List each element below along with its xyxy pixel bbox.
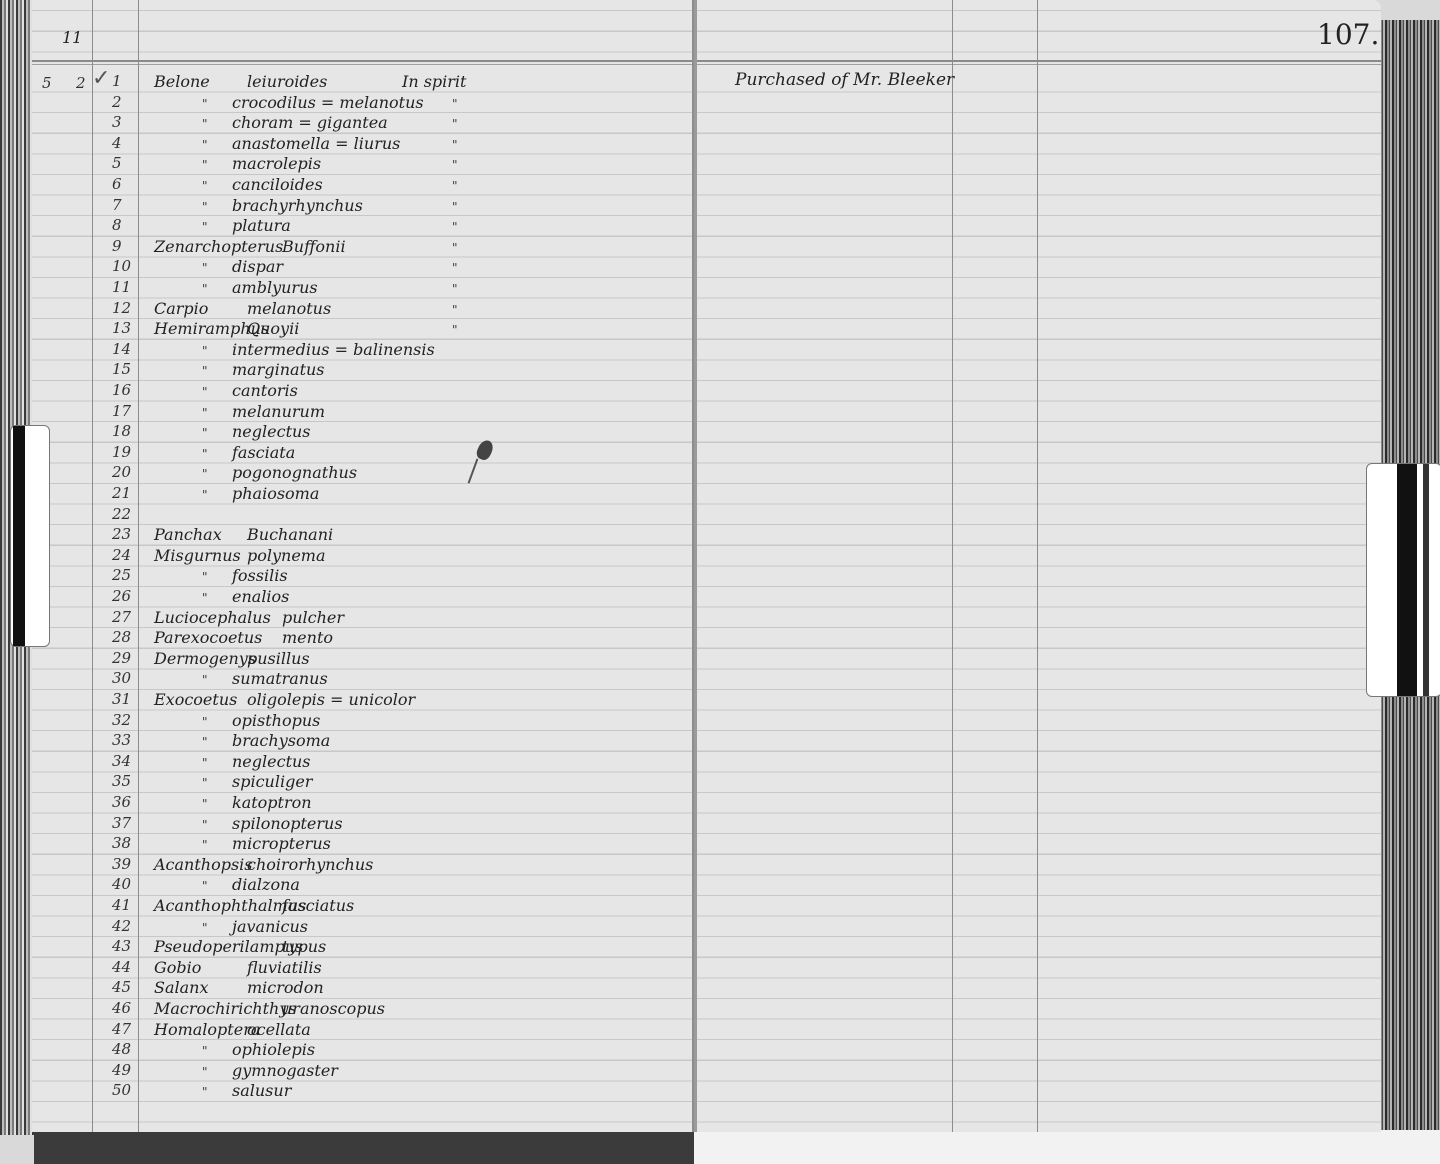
entry-number: 31 bbox=[112, 690, 131, 708]
entry-genus-ditto: " bbox=[202, 364, 208, 378]
entry-number: 19 bbox=[112, 443, 131, 461]
entry-number: 37 bbox=[112, 814, 131, 832]
entry-species: cantoris bbox=[232, 381, 298, 400]
entry-species: ophiolepis bbox=[232, 1040, 315, 1059]
margin-note-count: 5 bbox=[42, 74, 52, 92]
entry-genus-ditto: " bbox=[202, 488, 208, 502]
index-tab-left[interactable] bbox=[10, 425, 50, 647]
entry-number: 32 bbox=[112, 711, 131, 729]
book-cover-bottom bbox=[34, 1130, 694, 1164]
entry-number: 24 bbox=[112, 546, 131, 564]
entry-note: " bbox=[452, 220, 458, 234]
entry-number: 42 bbox=[112, 917, 131, 935]
entry-number: 45 bbox=[112, 978, 131, 996]
left-page: 11 5 2 ✓ 1BeloneleiuroidesIn spirit2"cro… bbox=[32, 0, 694, 1132]
entry-number: 16 bbox=[112, 381, 131, 399]
entry-species: opisthopus bbox=[232, 711, 320, 730]
background-surface bbox=[694, 1130, 1440, 1164]
entry-species: brachyrhynchus bbox=[232, 196, 363, 215]
ink-blot-trail bbox=[468, 458, 479, 483]
entry-number: 28 bbox=[112, 628, 131, 646]
entry-genus-ditto: " bbox=[202, 261, 208, 275]
entry-number: 12 bbox=[112, 299, 131, 317]
entry-genus: Gobio bbox=[154, 958, 201, 977]
entry-number: 50 bbox=[112, 1081, 131, 1099]
entry-species: macrolepis bbox=[232, 154, 321, 173]
entry-number: 13 bbox=[112, 319, 131, 337]
entry-number: 25 bbox=[112, 566, 131, 584]
entry-species: polynema bbox=[247, 546, 326, 565]
entry-genus: Homaloptera bbox=[154, 1020, 260, 1039]
entry-number: 7 bbox=[112, 196, 122, 214]
entry-genus-ditto: " bbox=[202, 467, 208, 481]
entry-species: dialzona bbox=[232, 875, 300, 894]
entry-genus: Belone bbox=[154, 72, 210, 91]
entry-number: 18 bbox=[112, 422, 131, 440]
entry-species: typus bbox=[282, 937, 326, 956]
entry-number: 17 bbox=[112, 402, 131, 420]
entry-genus-ditto: " bbox=[202, 818, 208, 832]
entry-note: " bbox=[452, 282, 458, 296]
entry-genus-ditto: " bbox=[202, 715, 208, 729]
entry-number: 6 bbox=[112, 175, 122, 193]
entry-genus: Carpio bbox=[154, 299, 208, 318]
tab-band bbox=[1397, 464, 1417, 696]
header-rule bbox=[32, 60, 692, 65]
entry-genus-ditto: " bbox=[202, 406, 208, 420]
entry-genus-ditto: " bbox=[202, 447, 208, 461]
entry-genus: Exocoetus bbox=[154, 690, 237, 709]
page-number: 107. bbox=[1317, 18, 1379, 51]
entry-genus-ditto: " bbox=[202, 344, 208, 358]
entry-note: " bbox=[452, 179, 458, 193]
entry-species: dispar bbox=[232, 257, 283, 276]
entry-genus: Parexocoetus bbox=[154, 628, 262, 647]
right-page: 107. Purchased of Mr. Bleeker bbox=[694, 0, 1381, 1132]
entry-number: 4 bbox=[112, 134, 122, 152]
entry-genus-ditto: " bbox=[202, 673, 208, 687]
entry-genus: Luciocephalus bbox=[154, 608, 271, 627]
provenance-note: Purchased of Mr. Bleeker bbox=[735, 70, 954, 90]
entry-number: 41 bbox=[112, 896, 131, 914]
entry-species: javanicus bbox=[232, 917, 308, 936]
entry-genus-ditto: " bbox=[202, 385, 208, 399]
entry-species: micropterus bbox=[232, 834, 331, 853]
entry-number: 20 bbox=[112, 463, 131, 481]
entry-species: pulcher bbox=[282, 608, 344, 627]
entry-species: fluviatilis bbox=[247, 958, 322, 977]
entry-genus-ditto: " bbox=[202, 921, 208, 935]
entry-species: gymnogaster bbox=[232, 1061, 338, 1080]
entry-number: 35 bbox=[112, 772, 131, 790]
entry-genus-ditto: " bbox=[202, 200, 208, 214]
entry-species: marginatus bbox=[232, 360, 325, 379]
entry-number: 43 bbox=[112, 937, 131, 955]
entry-species: fasciatus bbox=[282, 896, 354, 915]
entry-genus-ditto: " bbox=[202, 158, 208, 172]
entry-species: neglectus bbox=[232, 422, 311, 441]
entry-genus-ditto: " bbox=[202, 1085, 208, 1099]
entry-species: Buffonii bbox=[282, 237, 346, 256]
entry-number: 26 bbox=[112, 587, 131, 605]
entry-genus-ditto: " bbox=[202, 879, 208, 893]
entry-species: mento bbox=[282, 628, 333, 647]
entry-genus: Acanthopsis bbox=[154, 855, 253, 874]
entry-genus-ditto: " bbox=[202, 776, 208, 790]
entry-note: " bbox=[452, 117, 458, 131]
entry-species: Quoyii bbox=[247, 319, 299, 338]
entry-genus: Misgurnus bbox=[154, 546, 241, 565]
column-rule-1 bbox=[92, 0, 93, 1132]
column-rule-2 bbox=[1037, 0, 1038, 1132]
entry-species: choirorhynchus bbox=[247, 855, 373, 874]
entry-note: " bbox=[452, 158, 458, 172]
entry-number: 21 bbox=[112, 484, 131, 502]
header-rule bbox=[697, 60, 1381, 65]
entry-number: 47 bbox=[112, 1020, 131, 1038]
entry-number: 5 bbox=[112, 154, 122, 172]
entry-note: " bbox=[452, 138, 458, 152]
entry-species: leiuroides bbox=[247, 72, 327, 91]
entry-note: " bbox=[452, 261, 458, 275]
entry-note: " bbox=[452, 200, 458, 214]
entry-species: melanotus bbox=[247, 299, 331, 318]
entry-genus-ditto: " bbox=[202, 1044, 208, 1058]
entry-note: " bbox=[452, 323, 458, 337]
entry-number: 23 bbox=[112, 525, 131, 543]
entry-genus-ditto: " bbox=[202, 220, 208, 234]
entry-species: Buchanani bbox=[247, 525, 333, 544]
entry-note: " bbox=[452, 97, 458, 111]
entry-genus-ditto: " bbox=[202, 838, 208, 852]
entry-genus-ditto: " bbox=[202, 735, 208, 749]
entry-number: 46 bbox=[112, 999, 131, 1017]
entry-note: " bbox=[452, 241, 458, 255]
entry-species: neglectus bbox=[232, 752, 311, 771]
entry-number: 1 bbox=[112, 72, 122, 90]
entry-species: katoptron bbox=[232, 793, 312, 812]
entry-species: phaiosoma bbox=[232, 484, 319, 503]
entry-species: pusillus bbox=[247, 649, 310, 668]
entry-note: " bbox=[452, 303, 458, 317]
entry-number: 3 bbox=[112, 113, 122, 131]
entry-species: amblyurus bbox=[232, 278, 318, 297]
tab-band bbox=[1423, 464, 1429, 696]
entry-species: melanurum bbox=[232, 402, 325, 421]
entry-number: 2 bbox=[112, 93, 122, 111]
entry-species: fasciata bbox=[232, 443, 295, 462]
entry-genus-ditto: " bbox=[202, 179, 208, 193]
entry-genus-ditto: " bbox=[202, 117, 208, 131]
entry-genus: Dermogenys bbox=[154, 649, 256, 668]
entry-species: uranoscopus bbox=[282, 999, 385, 1018]
entry-number: 44 bbox=[112, 958, 131, 976]
entry-number: 39 bbox=[112, 855, 131, 873]
entry-genus: Panchax bbox=[154, 525, 222, 544]
ledger-spread: 11 5 2 ✓ 1BeloneleiuroidesIn spirit2"cro… bbox=[0, 0, 1440, 1164]
tab-band bbox=[13, 426, 25, 646]
page-mark: 11 bbox=[62, 28, 82, 47]
entry-species: intermedius = balinensis bbox=[232, 340, 435, 359]
entry-species: brachysoma bbox=[232, 731, 330, 750]
entry-number: 33 bbox=[112, 731, 131, 749]
entry-genus-ditto: " bbox=[202, 756, 208, 770]
entry-species: salusur bbox=[232, 1081, 291, 1100]
margin-note-lot: 2 bbox=[76, 74, 86, 92]
entry-species: ocellata bbox=[247, 1020, 311, 1039]
entry-genus-ditto: " bbox=[202, 570, 208, 584]
entry-genus-ditto: " bbox=[202, 282, 208, 296]
entry-number: 9 bbox=[112, 237, 122, 255]
entry-genus-ditto: " bbox=[202, 426, 208, 440]
entry-species: enalios bbox=[232, 587, 289, 606]
entry-genus: Zenarchopterus bbox=[154, 237, 283, 256]
entry-genus-ditto: " bbox=[202, 97, 208, 111]
entry-species: pogonognathus bbox=[232, 463, 357, 482]
entry-number: 34 bbox=[112, 752, 131, 770]
entry-number: 30 bbox=[112, 669, 131, 687]
entry-number: 11 bbox=[112, 278, 131, 296]
entry-species: oligolepis = unicolor bbox=[247, 690, 415, 709]
entry-species: spilonopterus bbox=[232, 814, 343, 833]
index-tab-right[interactable] bbox=[1366, 463, 1440, 697]
entry-number: 15 bbox=[112, 360, 131, 378]
entry-number: 10 bbox=[112, 257, 131, 275]
entry-number: 22 bbox=[112, 505, 131, 523]
column-rule-2 bbox=[138, 0, 139, 1132]
entry-species: choram = gigantea bbox=[232, 113, 388, 132]
entry-number: 14 bbox=[112, 340, 131, 358]
entry-species: spiculiger bbox=[232, 772, 312, 791]
entry-genus-ditto: " bbox=[202, 591, 208, 605]
entry-species: anastomella = liurus bbox=[232, 134, 400, 153]
entry-genus-ditto: " bbox=[202, 138, 208, 152]
entry-number: 27 bbox=[112, 608, 131, 626]
entry-genus: Pseudoperilampus bbox=[154, 937, 303, 956]
entry-species: crocodilus = melanotus bbox=[232, 93, 424, 112]
checkmark-icon: ✓ bbox=[92, 66, 110, 91]
entry-number: 38 bbox=[112, 834, 131, 852]
entry-species: canciloides bbox=[232, 175, 323, 194]
entry-species: platura bbox=[232, 216, 291, 235]
entry-number: 40 bbox=[112, 875, 131, 893]
entry-species: microdon bbox=[247, 978, 324, 997]
entry-number: 36 bbox=[112, 793, 131, 811]
entry-number: 48 bbox=[112, 1040, 131, 1058]
entry-genus-ditto: " bbox=[202, 1065, 208, 1079]
entry-species: fossilis bbox=[232, 566, 288, 585]
entry-species: sumatranus bbox=[232, 669, 328, 688]
entry-note: In spirit bbox=[402, 72, 466, 91]
entry-number: 29 bbox=[112, 649, 131, 667]
entry-number: 8 bbox=[112, 216, 122, 234]
entry-genus: Salanx bbox=[154, 978, 208, 997]
entry-genus: Macrochirichthys bbox=[154, 999, 297, 1018]
entry-number: 49 bbox=[112, 1061, 131, 1079]
column-rule-1 bbox=[952, 0, 953, 1132]
entry-genus-ditto: " bbox=[202, 797, 208, 811]
